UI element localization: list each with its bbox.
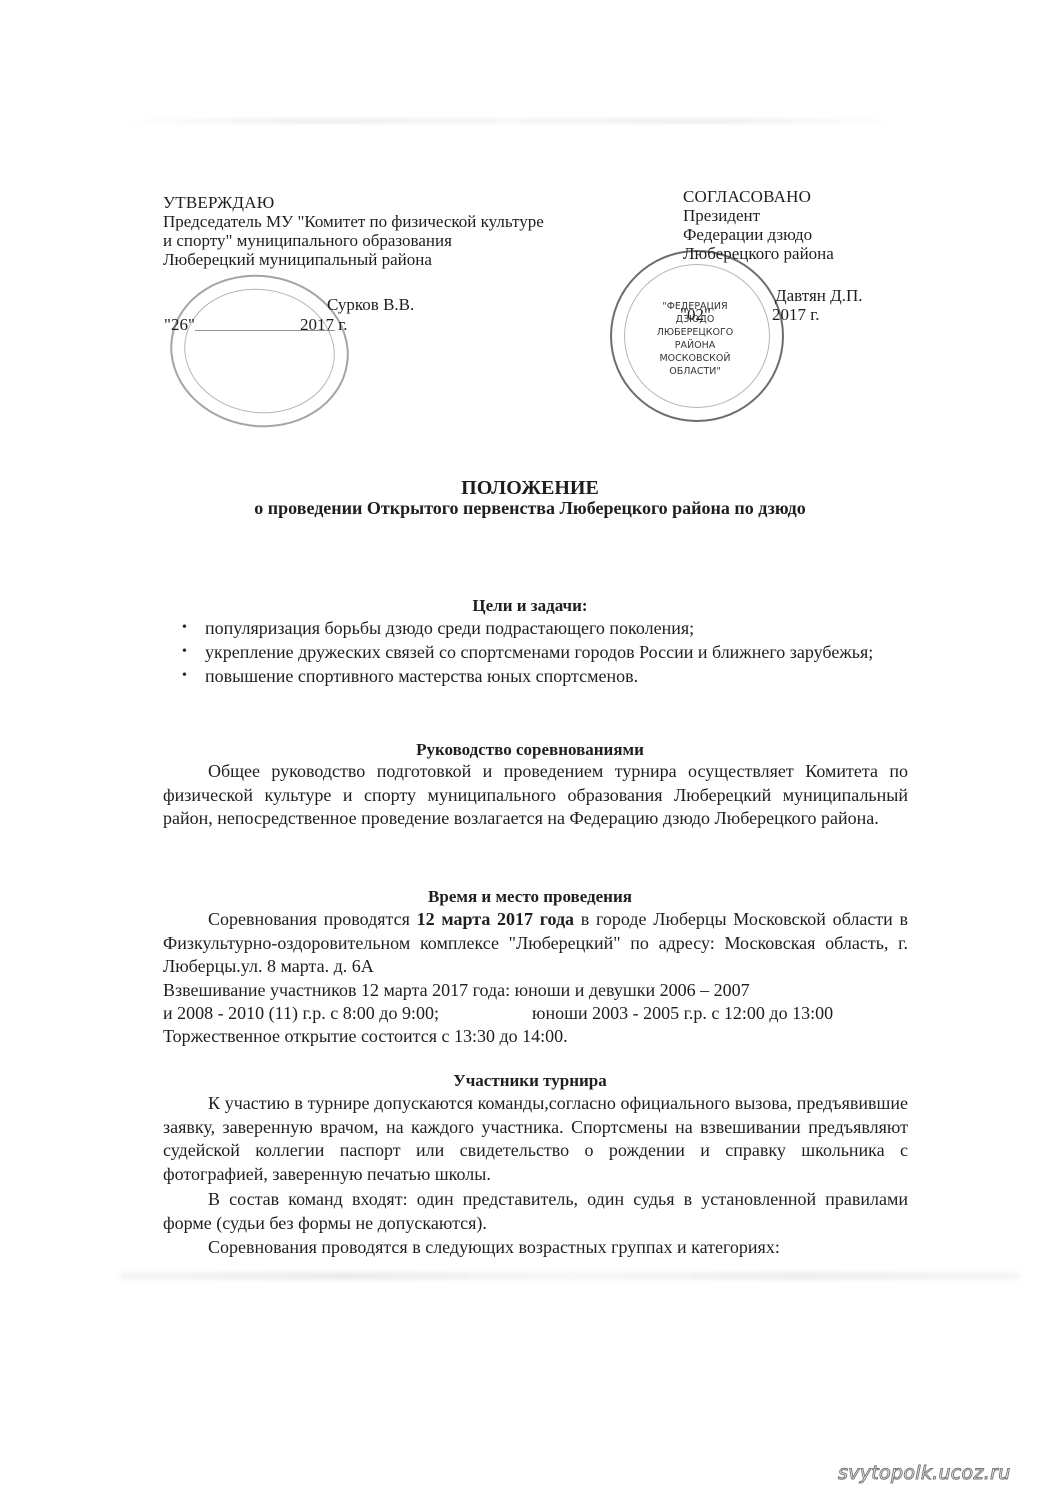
approval-line: Люберецкий муниципальный района: [163, 250, 583, 269]
agreement-line: Президент: [683, 206, 983, 225]
agreement-line: Люберецкого района: [683, 244, 983, 263]
scan-artifact: [120, 1272, 1020, 1280]
participants-text: Соревнования проводятся в следующих возр…: [208, 1237, 780, 1257]
management-heading: Руководство соревнованиями: [150, 740, 910, 760]
agreement-block: СОГЛАСОВАНО Президент Федерации дзюдо Лю…: [683, 187, 983, 263]
event-date: 12 марта 2017 года: [417, 909, 574, 929]
goals-item: укрепление дружеских связей со спортсмен…: [190, 640, 910, 664]
goals-item: повышение спортивного мастерства юных сп…: [190, 664, 910, 688]
time-place-paragraph: Соревнования проводятся 12 марта 2017 го…: [163, 908, 908, 979]
approval-line: Председатель МУ "Комитет по физической к…: [163, 212, 583, 231]
weigh-in-line: юноши 2003 - 2005 г.р. с 12:00 до 13:00: [532, 1002, 833, 1026]
approval-date-year: 2017 г.: [300, 315, 348, 335]
goals-heading: Цели и задачи:: [150, 596, 910, 616]
agreement-date-day: "02": [680, 305, 711, 325]
site-watermark: svytopolk.ucoz.ru: [838, 1462, 1011, 1484]
goals-item: популяризация борьбы дзюдо среди подраст…: [190, 616, 910, 640]
management-text: Общее руководство подготовкой и проведен…: [163, 761, 908, 828]
approval-line: и спорту" муниципального образования: [163, 231, 583, 250]
document-subtitle: о проведении Открытого первенства Любере…: [150, 498, 910, 519]
management-paragraph: Общее руководство подготовкой и проведен…: [163, 760, 908, 831]
participants-paragraph: В состав команд входят: один представите…: [163, 1188, 908, 1235]
opening-ceremony: Торжественное открытие состоится с 13:30…: [163, 1025, 908, 1049]
agreement-date-year: 2017 г.: [772, 305, 820, 325]
approval-block: УТВЕРЖДАЮ Председатель МУ "Комитет по фи…: [163, 193, 583, 269]
participants-text: В состав команд входят: один представите…: [163, 1189, 908, 1233]
participants-paragraph: К участию в турнире допускаются команды,…: [163, 1092, 908, 1186]
participants-paragraph: Соревнования проводятся в следующих возр…: [163, 1236, 908, 1260]
participants-text: К участию в турнире допускаются команды,…: [163, 1093, 908, 1184]
agreement-line: Федерации дзюдо: [683, 225, 983, 244]
document-title: ПОЛОЖЕНИЕ: [150, 477, 910, 500]
weigh-in-line: и 2008 - 2010 (11) г.р. с 8:00 до 9:00;: [163, 1002, 439, 1026]
weigh-in-line: Взвешивание участников 12 марта 2017 год…: [163, 979, 908, 1003]
agreement-signatory: Давтян Д.П.: [775, 286, 863, 306]
approval-date-day: "26": [164, 315, 195, 335]
time-place-text: Соревнования проводятся: [208, 909, 410, 929]
participants-heading: Участники турнира: [150, 1071, 910, 1091]
goals-list: популяризация борьбы дзюдо среди подраст…: [190, 616, 910, 688]
time-place-heading: Время и место проведения: [150, 887, 910, 907]
approval-label: УТВЕРЖДАЮ: [163, 193, 583, 212]
approval-signatory: Сурков В.В.: [327, 295, 414, 315]
agreement-label: СОГЛАСОВАНО: [683, 187, 983, 206]
scan-artifact: [120, 118, 900, 124]
